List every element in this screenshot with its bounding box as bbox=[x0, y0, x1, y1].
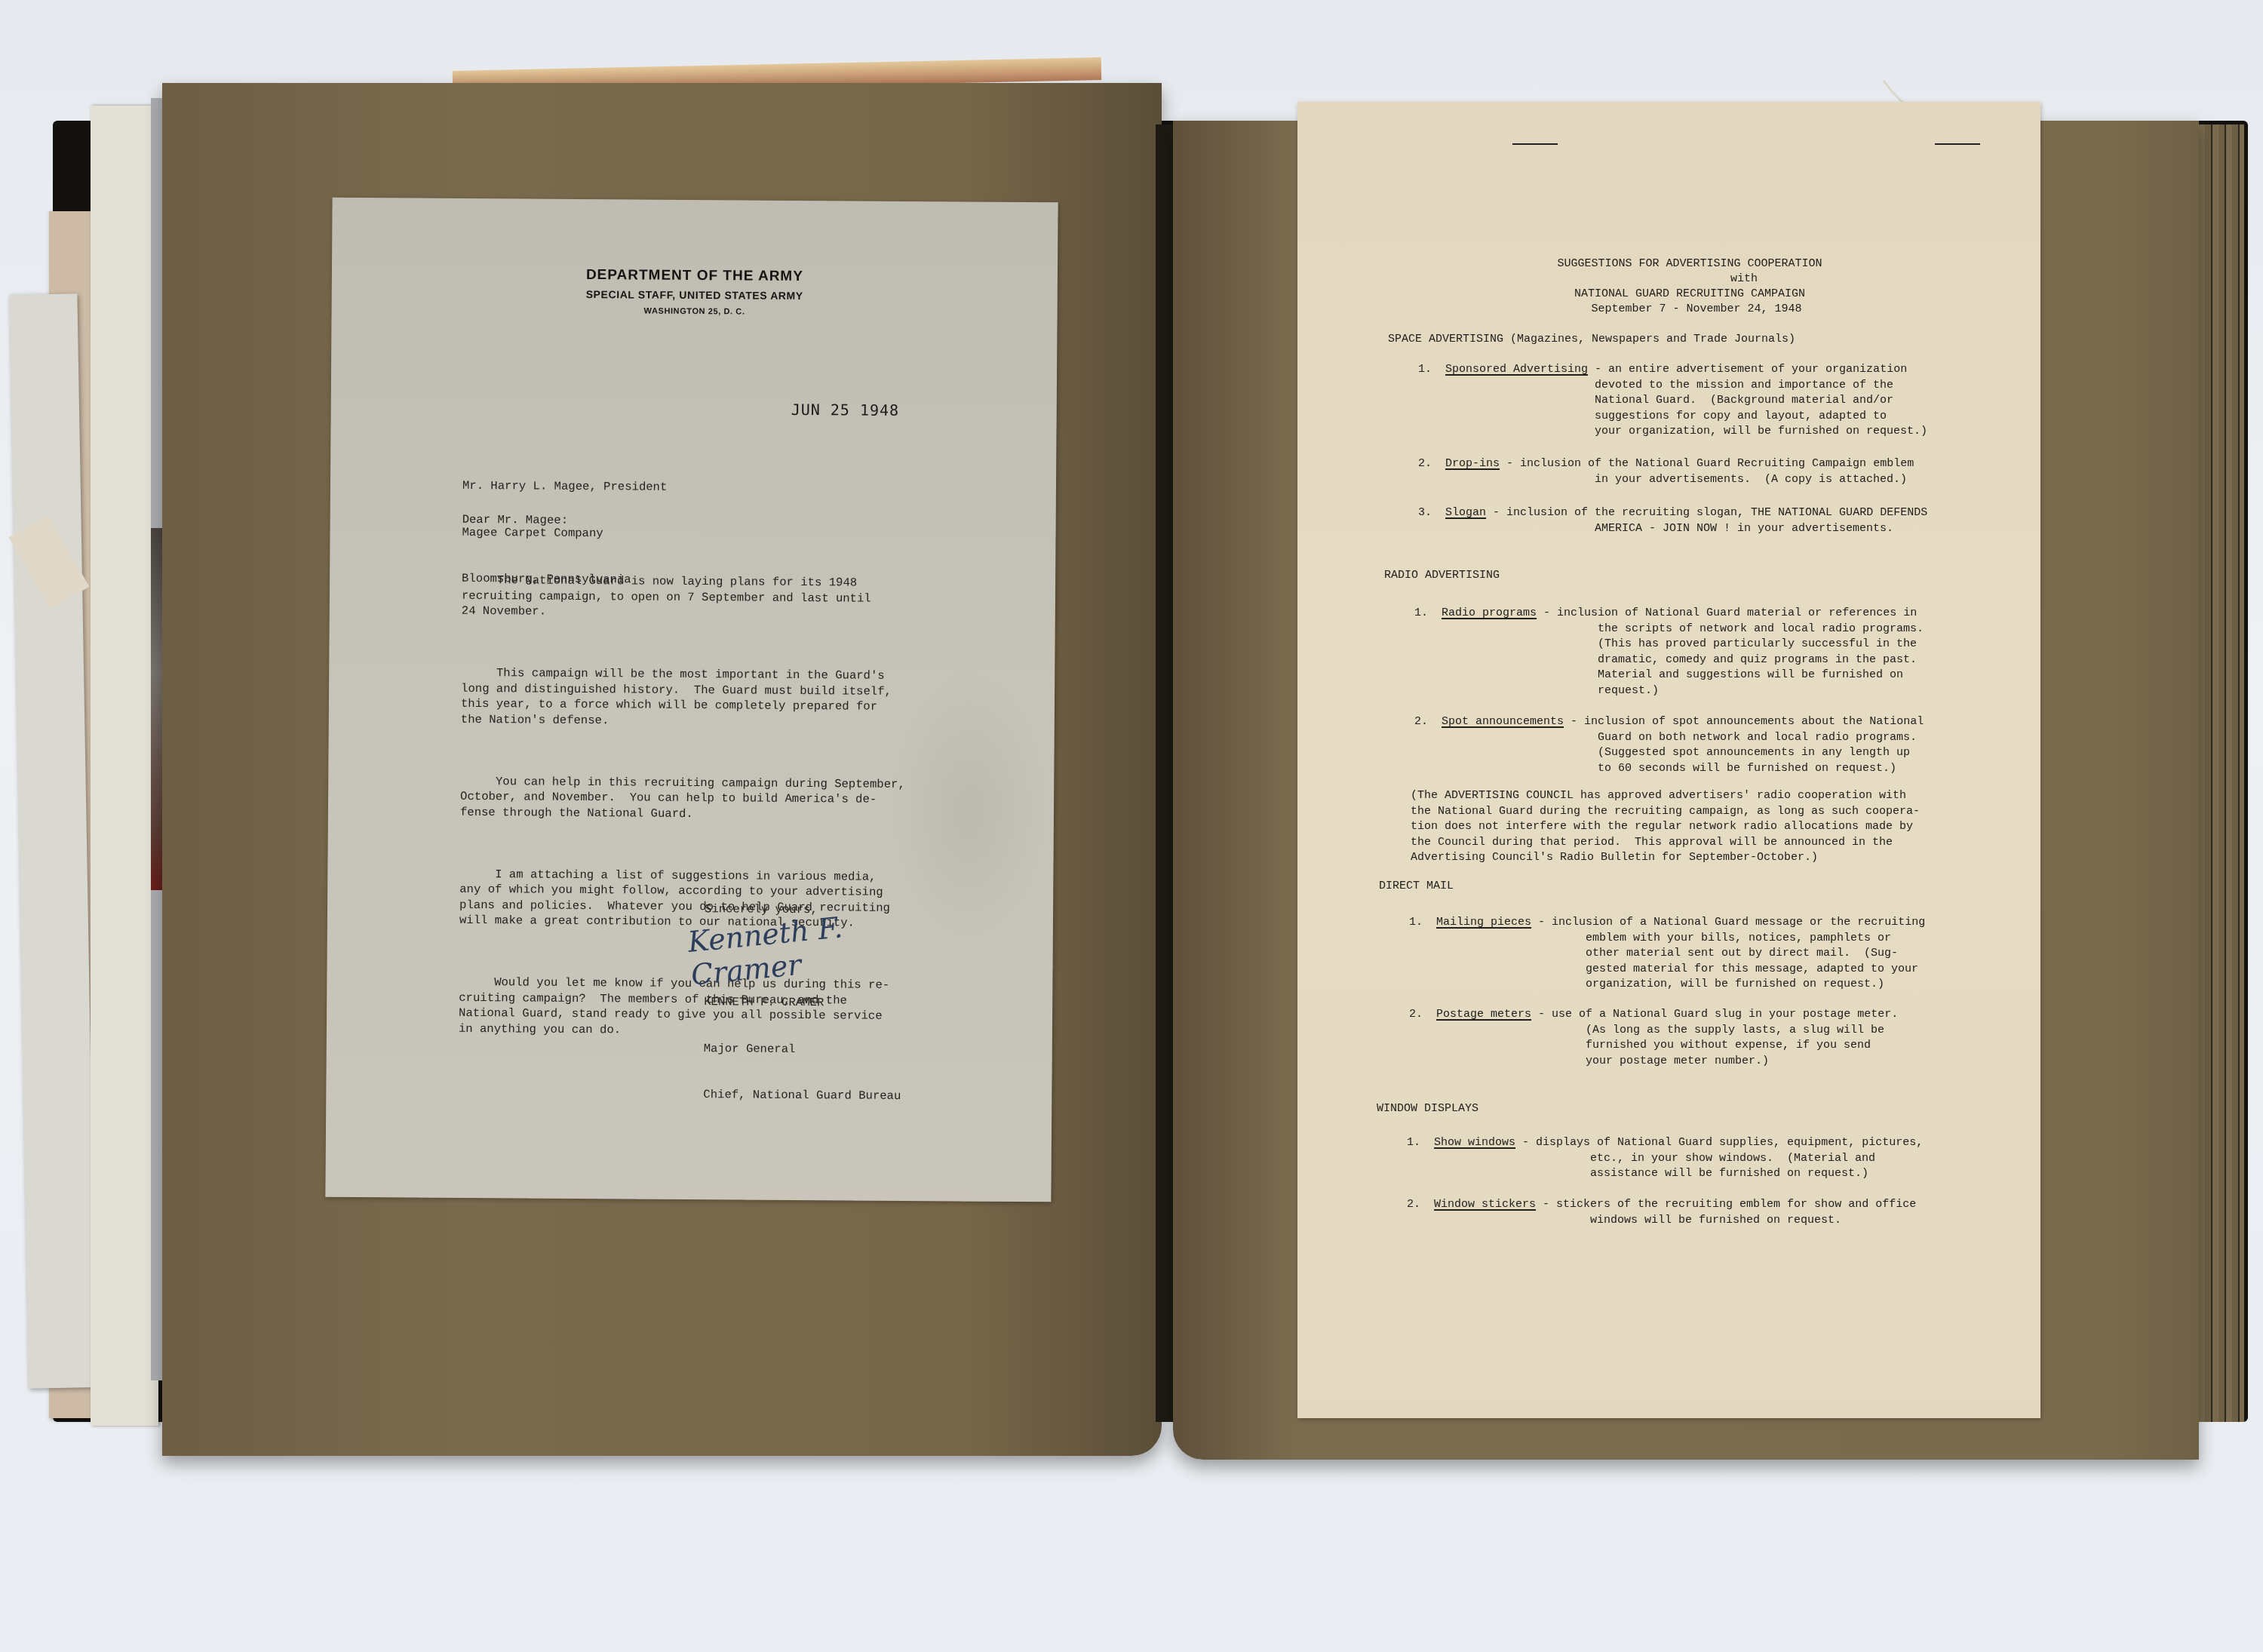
dash-mark bbox=[1512, 143, 1558, 145]
army-letter: DEPARTMENT OF THE ARMY SPECIAL STAFF, UN… bbox=[325, 198, 1058, 1202]
item-number: 1. bbox=[1407, 1136, 1420, 1149]
section-heading-space: SPACE ADVERTISING (Magazines, Newspapers… bbox=[1388, 332, 1795, 348]
loose-paper bbox=[91, 106, 158, 1426]
section-heading-window-displays: WINDOW DISPLAYS bbox=[1377, 1101, 1478, 1117]
letterhead-city: WASHINGTON 25, D. C. bbox=[332, 305, 1058, 319]
salutation: Dear Mr. Magee: bbox=[462, 512, 569, 528]
signature-block: KENNETH F. CRAMER Major General Chief, N… bbox=[703, 963, 902, 1135]
item-number: 1. bbox=[1414, 606, 1428, 619]
item-text: - inclusion of the recruiting slogan, TH… bbox=[1418, 506, 1927, 535]
list-item: 1. Mailing pieces - inclusion of a Natio… bbox=[1409, 915, 1925, 993]
list-item: 2. Drop-ins - inclusion of the National … bbox=[1418, 456, 1914, 487]
item-term: Sponsored Advertising bbox=[1445, 363, 1588, 376]
date-stamp: JUN 25 1948 bbox=[791, 401, 900, 419]
section-heading-radio: RADIO ADVERTISING bbox=[1384, 568, 1500, 584]
letter-paragraph: The National Guard is now laying plans f… bbox=[462, 573, 907, 622]
letter-paragraph: This campaign will be the most important… bbox=[461, 665, 906, 730]
item-number: 2. bbox=[1418, 457, 1432, 470]
signer-rank: Major General bbox=[704, 1041, 901, 1058]
section-heading-direct-mail: DIRECT MAIL bbox=[1379, 879, 1454, 895]
list-item: 3. Slogan - inclusion of the recruiting … bbox=[1418, 505, 1927, 536]
item-term: Spot announcements bbox=[1442, 715, 1564, 728]
suggestions-document: SUGGESTIONS FOR ADVERTISING COOPERATION … bbox=[1297, 102, 2040, 1418]
list-item: 2. Postage meters - use of a National Gu… bbox=[1409, 1007, 1898, 1069]
letterhead-staff: SPECIAL STAFF, UNITED STATES ARMY bbox=[332, 287, 1058, 304]
list-item: 1. Show windows - displays of National G… bbox=[1407, 1135, 1923, 1182]
item-term: Show windows bbox=[1434, 1136, 1515, 1149]
item-term: Slogan bbox=[1445, 506, 1486, 519]
item-number: 2. bbox=[1407, 1198, 1420, 1211]
address-line: Mr. Harry L. Magee, President bbox=[462, 478, 668, 495]
watermark-seal-icon bbox=[886, 669, 1054, 957]
item-number: 3. bbox=[1418, 506, 1432, 519]
document-title: SUGGESTIONS FOR ADVERTISING COOPERATION … bbox=[1403, 256, 1976, 317]
dash-mark bbox=[1935, 143, 1980, 145]
item-term: Radio programs bbox=[1442, 606, 1537, 619]
item-text: - inclusion of National Guard material o… bbox=[1414, 606, 1924, 697]
list-item: 1. Sponsored Advertising - an entire adv… bbox=[1418, 362, 1927, 440]
item-term: Window stickers bbox=[1434, 1198, 1536, 1211]
letter-paragraph: You can help in this recruiting campaign… bbox=[460, 773, 905, 823]
item-term: Drop-ins bbox=[1445, 457, 1500, 470]
page-edges bbox=[2191, 124, 2244, 1422]
signer-title: Chief, National Guard Bureau bbox=[703, 1087, 901, 1104]
letterhead-department: DEPARTMENT OF THE ARMY bbox=[332, 266, 1058, 287]
item-number: 2. bbox=[1414, 715, 1428, 728]
list-item: 2. Spot announcements - inclusion of spo… bbox=[1414, 714, 1924, 776]
radio-council-note: (The ADVERTISING COUNCIL has approved ad… bbox=[1411, 788, 1920, 866]
item-number: 1. bbox=[1409, 916, 1423, 929]
list-item: 2. Window stickers - stickers of the rec… bbox=[1407, 1197, 1916, 1228]
item-number: 2. bbox=[1409, 1008, 1423, 1021]
list-item: 1. Radio programs - inclusion of Nationa… bbox=[1414, 606, 1924, 699]
signer-name: KENNETH F. CRAMER bbox=[704, 994, 901, 1011]
item-term: Postage meters bbox=[1436, 1008, 1531, 1021]
item-term: Mailing pieces bbox=[1436, 916, 1531, 929]
item-number: 1. bbox=[1418, 363, 1432, 376]
